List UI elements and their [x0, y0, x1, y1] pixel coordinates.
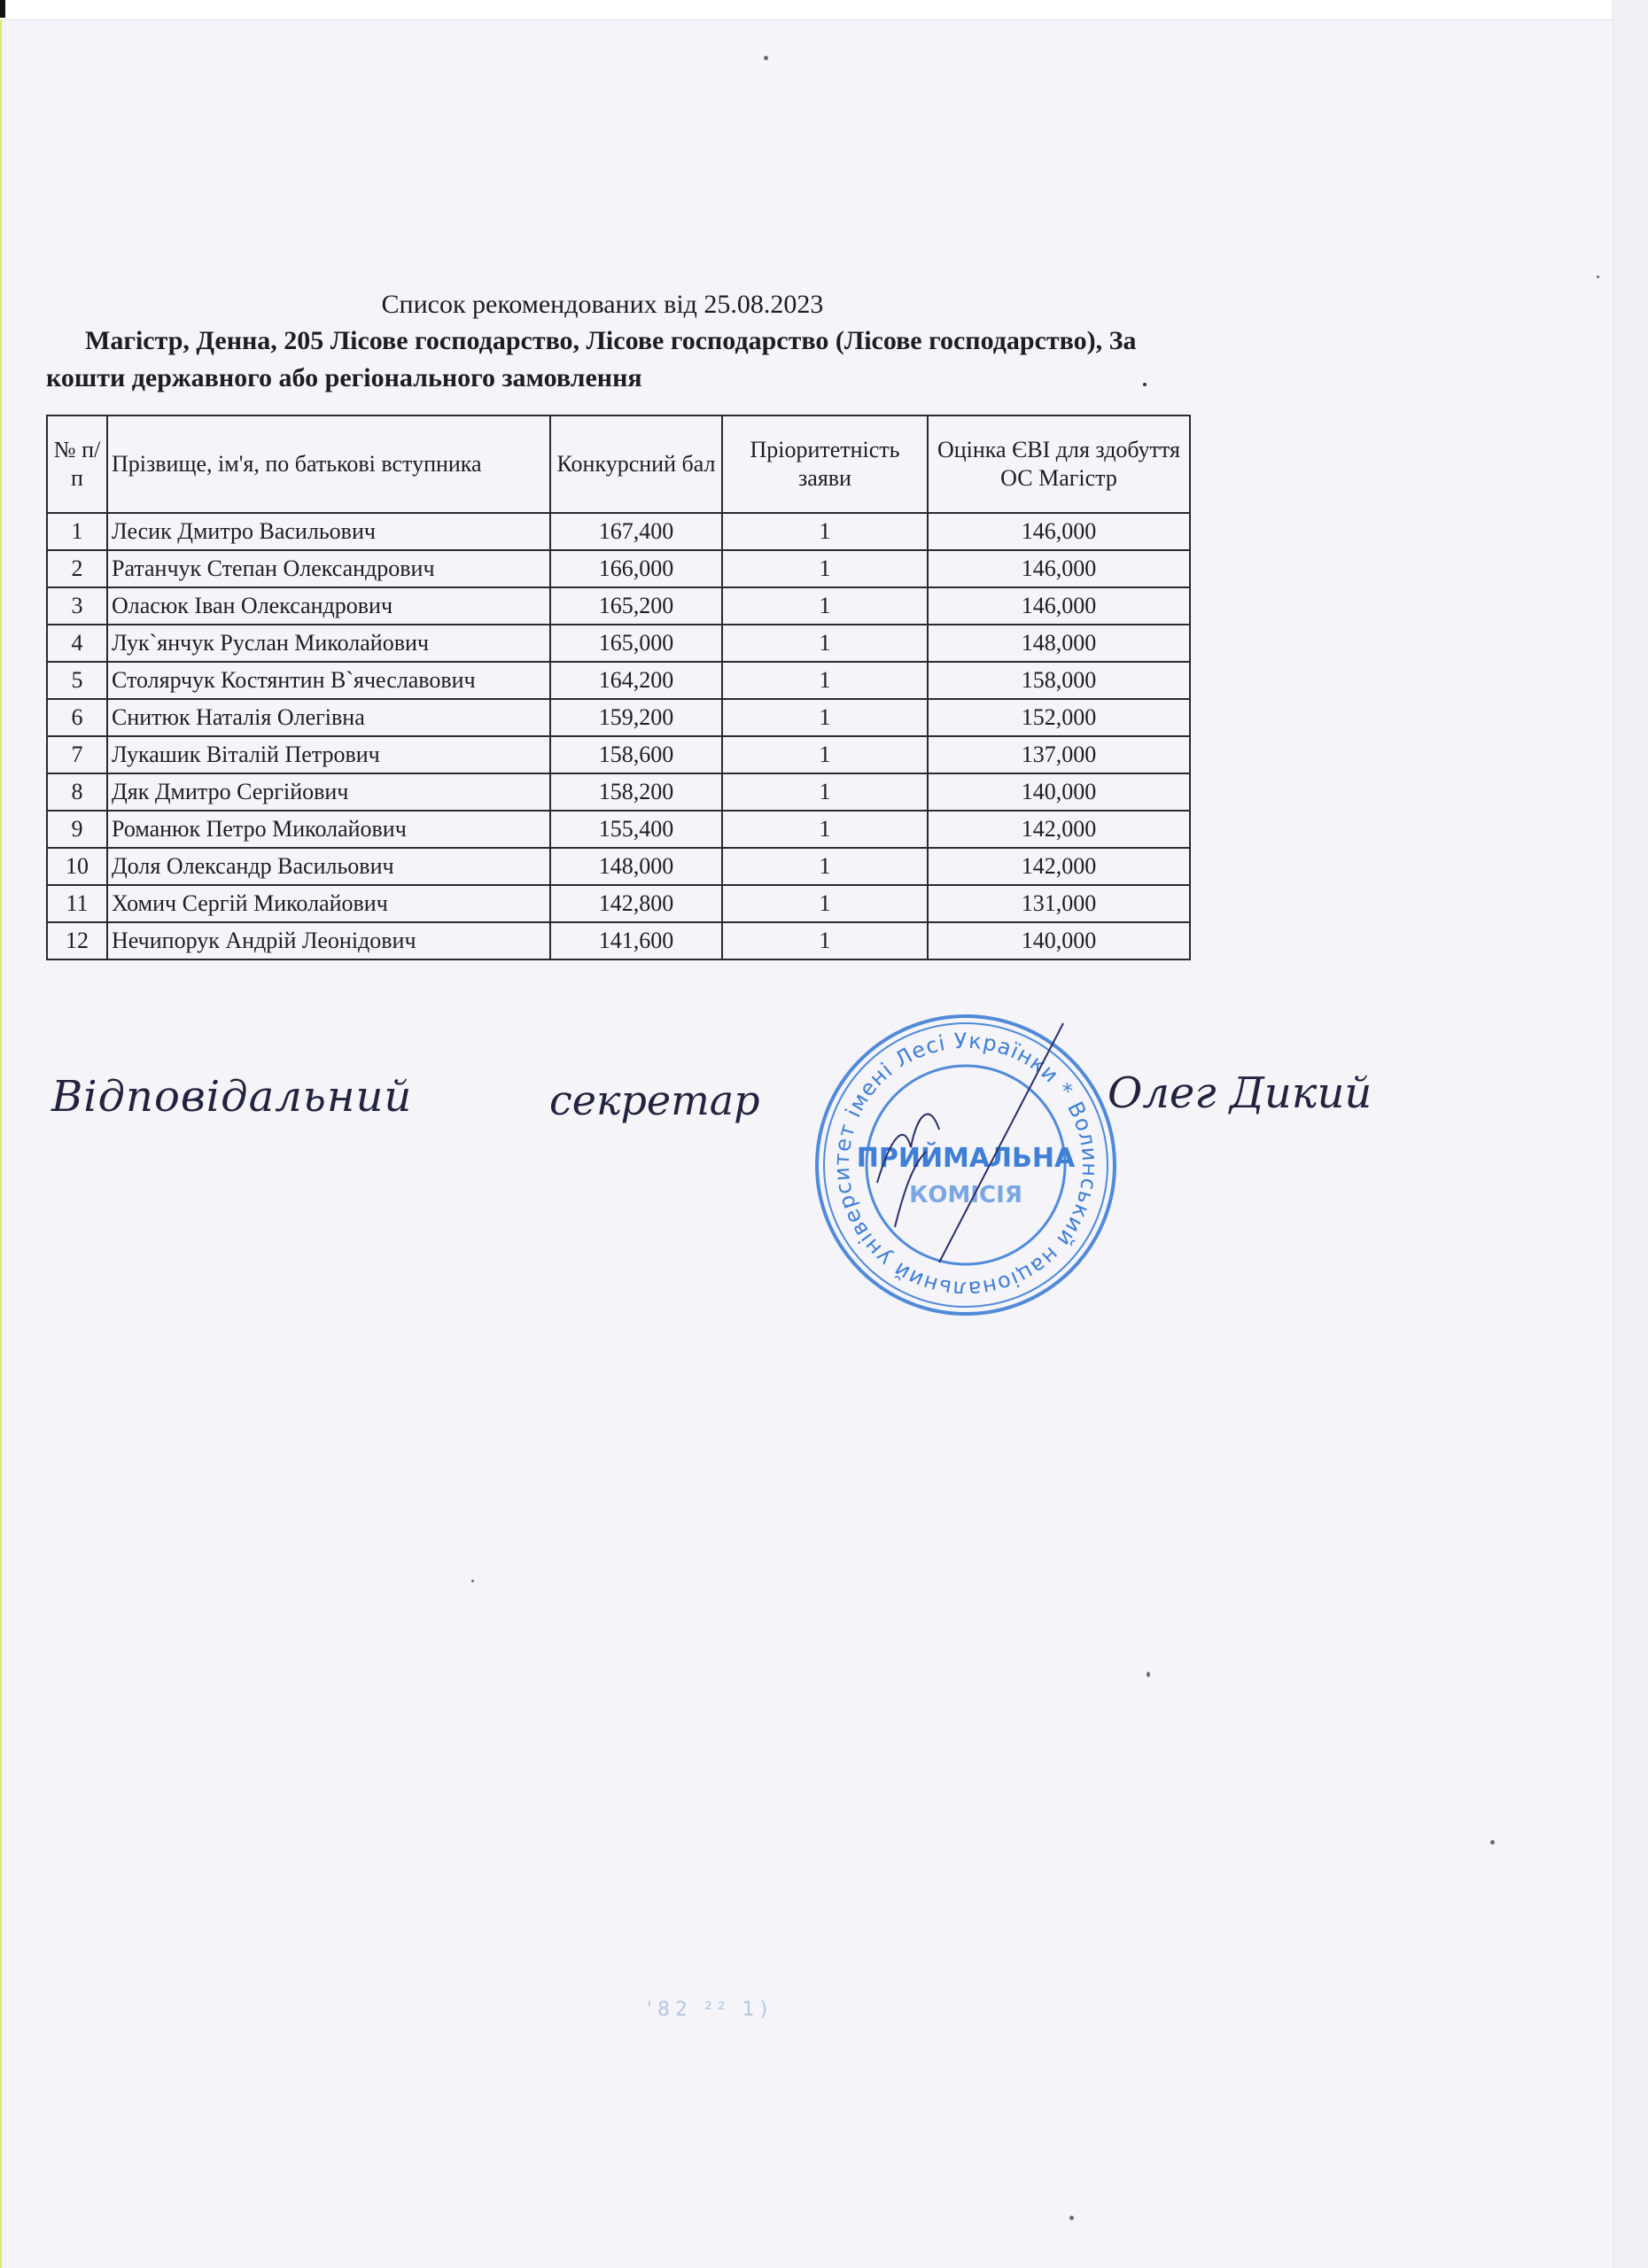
table-row: 6Снитюк Наталія Олегівна159,2001152,000	[47, 699, 1190, 736]
stamp-center-line1: ПРИЙМАЛЬНА	[857, 1142, 1076, 1174]
cell-priority: 1	[722, 513, 928, 550]
table-header-row: № п/п Прізвище, ім'я, по батькові вступн…	[47, 416, 1190, 513]
cell-name: Снитюк Наталія Олегівна	[107, 699, 550, 736]
scan-speck	[1147, 1672, 1150, 1677]
cell-name: Лук`янчук Руслан Миколайович	[107, 625, 550, 662]
scan-speck	[471, 1580, 474, 1582]
faint-registration-mark: '82 ²² 1)	[647, 1999, 773, 2021]
recommended-list-table: № п/п Прізвище, ім'я, по батькові вступн…	[46, 415, 1191, 960]
cell-num: 4	[47, 625, 107, 662]
cell-evi: 158,000	[928, 662, 1190, 699]
header-num: № п/п	[47, 416, 107, 513]
header-name: Прізвище, ім'я, по батькові вступника	[107, 416, 550, 513]
cell-num: 1	[47, 513, 107, 550]
cell-name: Оласюк Іван Олександрович	[107, 587, 550, 625]
scan-speck	[1069, 2216, 1074, 2220]
scan-speck	[1143, 383, 1147, 386]
cell-num: 7	[47, 736, 107, 773]
cell-name: Нечипорук Андрій Леонідович	[107, 922, 550, 959]
cell-evi: 152,000	[928, 699, 1190, 736]
cell-num: 10	[47, 848, 107, 885]
cell-num: 9	[47, 811, 107, 848]
cell-score: 142,800	[550, 885, 722, 922]
cell-num: 12	[47, 922, 107, 959]
table-row: 12Нечипорук Андрій Леонідович141,6001140…	[47, 922, 1190, 959]
cell-priority: 1	[722, 587, 928, 625]
header-evi: Оцінка ЄВІ для здобуття ОС Магістр	[928, 416, 1190, 513]
table-row: 7Лукашик Віталій Петрович158,6001137,000	[47, 736, 1190, 773]
signature-label: Відповідальний	[51, 1072, 412, 1122]
scan-corner-mark	[0, 0, 5, 18]
cell-name: Хомич Сергій Миколайович	[107, 885, 550, 922]
cell-score: 155,400	[550, 811, 722, 848]
cell-num: 6	[47, 699, 107, 736]
header-score: Конкурсний бал	[550, 416, 722, 513]
cell-score: 159,200	[550, 699, 722, 736]
scan-speck	[1490, 1840, 1495, 1845]
cell-name: Романюк Петро Миколайович	[107, 811, 550, 848]
admission-committee-stamp: Волинський національний університет імен…	[806, 1006, 1125, 1324]
cell-priority: 1	[722, 885, 928, 922]
cell-score: 167,400	[550, 513, 722, 550]
cell-score: 164,200	[550, 662, 722, 699]
cell-name: Ратанчук Степан Олександрович	[107, 550, 550, 587]
scan-margin	[1612, 0, 1648, 2268]
table-row: 4Лук`янчук Руслан Миколайович165,0001148…	[47, 625, 1190, 662]
cell-score: 148,000	[550, 848, 722, 885]
table-row: 5Столярчук Костянтин В`ячеславович164,20…	[47, 662, 1190, 699]
cell-score: 165,000	[550, 625, 722, 662]
scan-speck	[764, 56, 768, 60]
cell-score: 165,200	[550, 587, 722, 625]
cell-priority: 1	[722, 773, 928, 811]
cell-evi: 140,000	[928, 773, 1190, 811]
cell-score: 158,200	[550, 773, 722, 811]
cell-name: Лесик Дмитро Васильович	[107, 513, 550, 550]
cell-num: 8	[47, 773, 107, 811]
cell-priority: 1	[722, 699, 928, 736]
cell-evi: 146,000	[928, 550, 1190, 587]
header-priority: Пріоритетність заяви	[722, 416, 928, 513]
cell-num: 11	[47, 885, 107, 922]
cell-num: 2	[47, 550, 107, 587]
signature-role: секретар	[549, 1076, 760, 1124]
cell-score: 158,600	[550, 736, 722, 773]
cell-name: Доля Олександр Васильович	[107, 848, 550, 885]
scan-speck	[1597, 276, 1599, 278]
cell-evi: 137,000	[928, 736, 1190, 773]
cell-name: Дяк Дмитро Сергійович	[107, 773, 550, 811]
cell-priority: 1	[722, 550, 928, 587]
document-subtitle: Магістр, Денна, 205 Лісове господарство,…	[46, 322, 1189, 397]
cell-evi: 148,000	[928, 625, 1190, 662]
cell-priority: 1	[722, 922, 928, 959]
cell-evi: 140,000	[928, 922, 1190, 959]
cell-priority: 1	[722, 625, 928, 662]
table-row: 9Романюк Петро Миколайович155,4001142,00…	[47, 811, 1190, 848]
table-row: 3Оласюк Іван Олександрович165,2001146,00…	[47, 587, 1190, 625]
cell-priority: 1	[722, 736, 928, 773]
cell-num: 3	[47, 587, 107, 625]
cell-priority: 1	[722, 662, 928, 699]
table-row: 1Лесик Дмитро Васильович167,4001146,000	[47, 513, 1190, 550]
cell-score: 141,600	[550, 922, 722, 959]
table-row: 2Ратанчук Степан Олександрович166,000114…	[47, 550, 1190, 587]
cell-priority: 1	[722, 811, 928, 848]
cell-name: Лукашик Віталій Петрович	[107, 736, 550, 773]
cell-evi: 146,000	[928, 513, 1190, 550]
cell-score: 166,000	[550, 550, 722, 587]
cell-num: 5	[47, 662, 107, 699]
cell-evi: 142,000	[928, 811, 1190, 848]
table-row: 11Хомич Сергій Миколайович142,8001131,00…	[47, 885, 1190, 922]
table-row: 8Дяк Дмитро Сергійович158,2001140,000	[47, 773, 1190, 811]
table-row: 10Доля Олександр Васильович148,0001142,0…	[47, 848, 1190, 885]
cell-evi: 142,000	[928, 848, 1190, 885]
cell-name: Столярчук Костянтин В`ячеславович	[107, 662, 550, 699]
cell-evi: 131,000	[928, 885, 1190, 922]
signature-name: Олег Дикий	[1108, 1068, 1372, 1118]
document-title: Список рекомендованих від 25.08.2023	[0, 289, 1205, 321]
cell-priority: 1	[722, 848, 928, 885]
cell-evi: 146,000	[928, 587, 1190, 625]
stamp-center-line2: КОМІСІЯ	[909, 1182, 1022, 1208]
